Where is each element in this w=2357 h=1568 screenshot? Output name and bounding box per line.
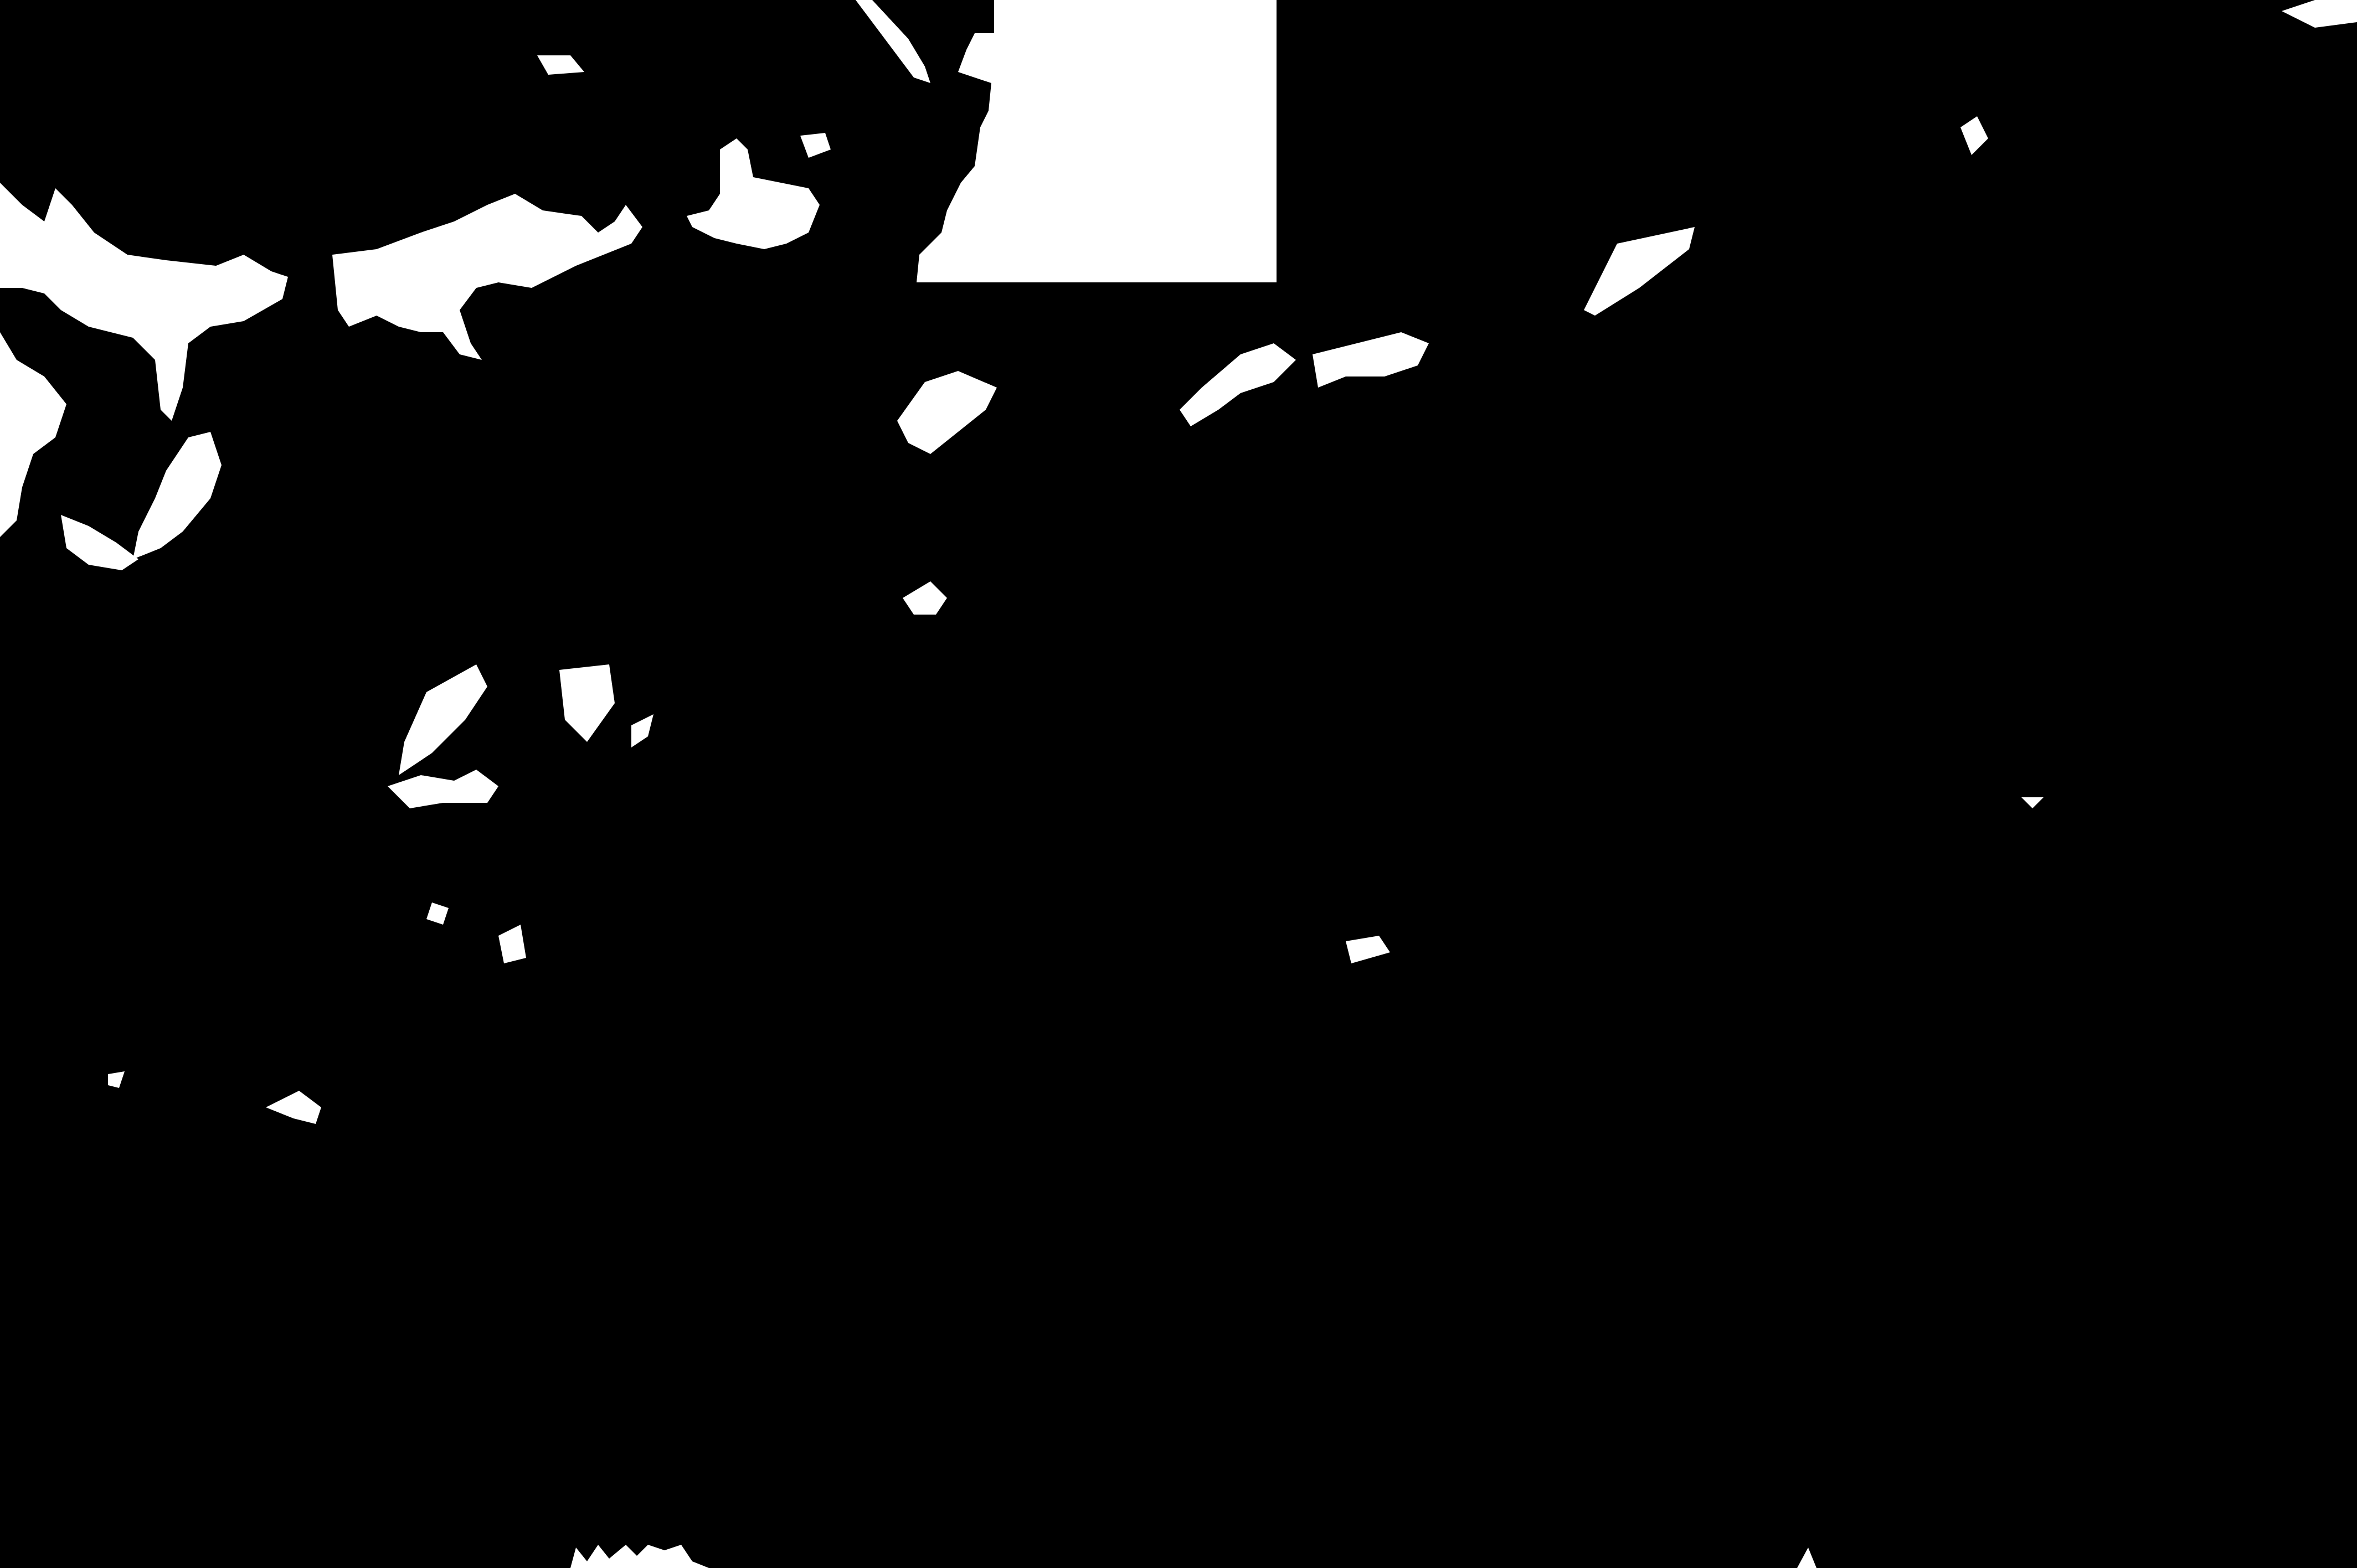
segmentation-mask — [0, 0, 2357, 1568]
